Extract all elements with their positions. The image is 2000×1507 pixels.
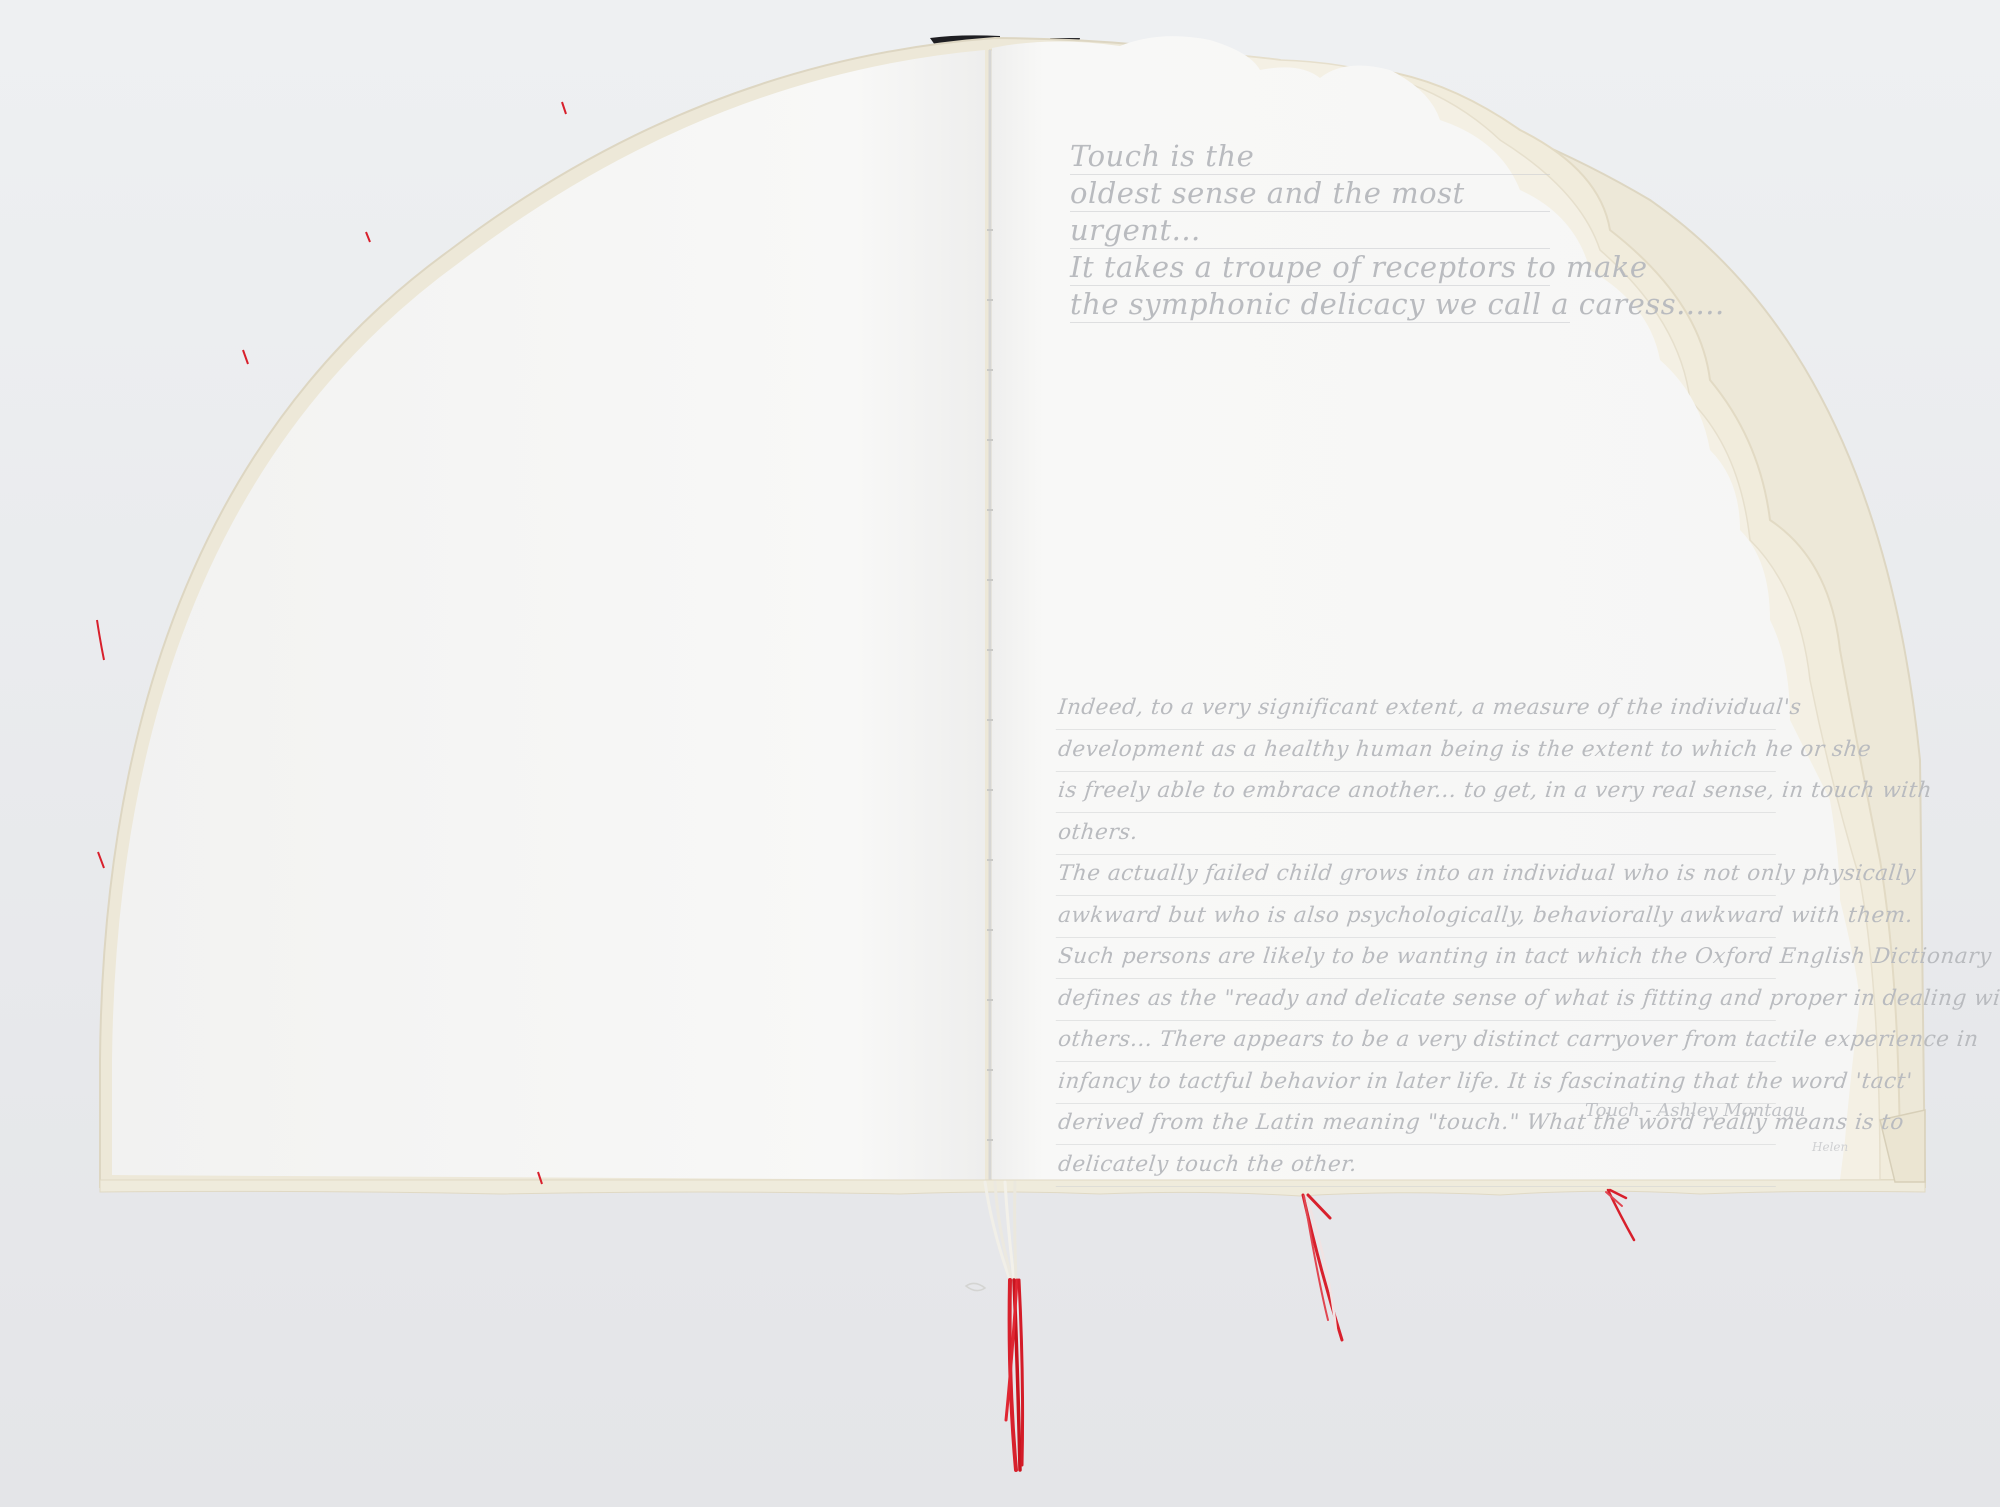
handwritten-line: urgent...	[1070, 212, 1550, 249]
handwritten-line: Such persons are likely to be wanting in…	[1056, 937, 1780, 979]
handwritten-line: Indeed, to a very significant extent, a …	[1056, 688, 1780, 730]
handwritten-line: It takes a troupe of receptors to make	[1070, 249, 1550, 286]
handwritten-line: others.	[1056, 813, 1780, 855]
handwritten-line: infancy to tactful behavior in later lif…	[1056, 1062, 1780, 1104]
handwritten-line: the symphonic delicacy we call a caress.…	[1070, 286, 1570, 323]
handwritten-line: delicately touch the other.	[1056, 1145, 1780, 1187]
handwritten-line: development as a healthy human being is …	[1056, 730, 1780, 772]
handwritten-line: oldest sense and the most	[1070, 175, 1550, 212]
handwritten-line: others... There appears to be a very dis…	[1056, 1020, 1780, 1062]
quote-attribution: Touch - Ashley Montagu	[1585, 1100, 1805, 1121]
handwritten-line: defines as the "ready and delicate sense…	[1056, 979, 1780, 1021]
handwritten-line: The actually failed child grows into an …	[1056, 854, 1780, 896]
handwritten-line: Touch is the	[1070, 138, 1550, 175]
handwritten-top-passage: Touch is the oldest sense and the most u…	[1070, 138, 1570, 323]
handwritten-line: awkward but who is also psychologically,…	[1056, 896, 1780, 938]
artist-signature: Helen	[1812, 1140, 1848, 1154]
handwritten-line: is freely able to embrace another... to …	[1056, 771, 1780, 813]
